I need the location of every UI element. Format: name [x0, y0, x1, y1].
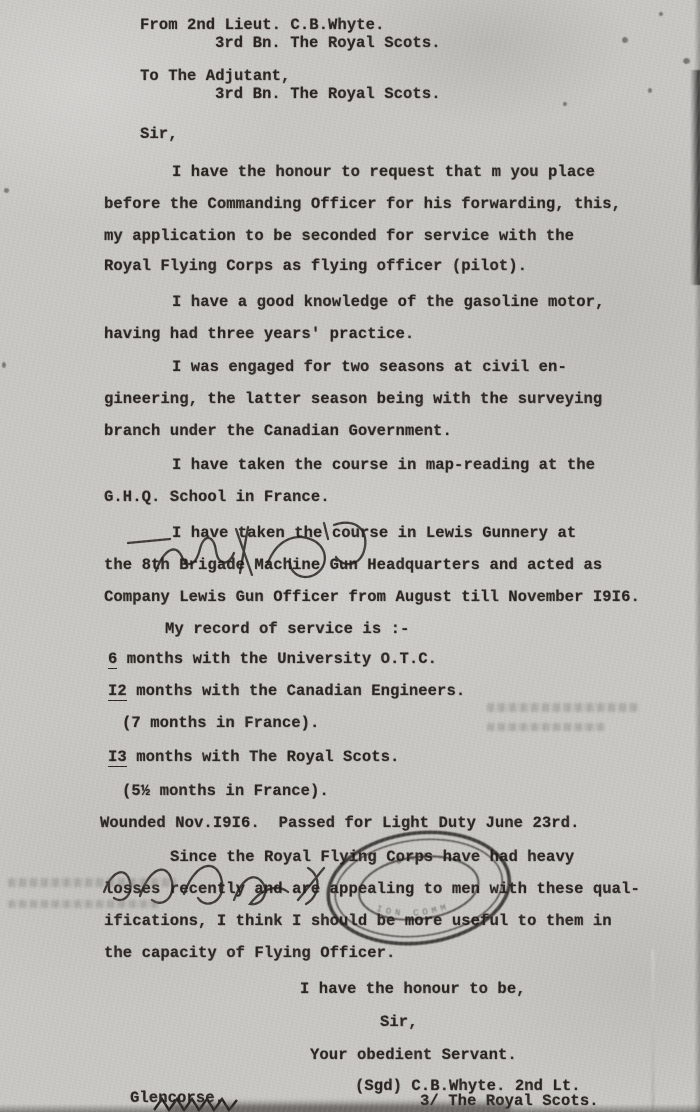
letter-line: I2 months with the Canadian Engineers.: [108, 682, 465, 700]
bleed-through-text-mark: [8, 900, 158, 908]
ink-speck: [683, 58, 690, 64]
letter-line: I3 months with The Royal Scots.: [108, 748, 399, 766]
letter-line: losses recently and are appealing to men…: [104, 880, 640, 898]
ink-speck: [659, 12, 663, 16]
letter-line: Wounded Nov.I9I6. Passed for Light Duty …: [100, 814, 579, 832]
letter-line: branch under the Canadian Government.: [104, 422, 452, 440]
letter-line: the capacity of Flying Officer.: [104, 944, 395, 962]
underlined-number: 6: [108, 650, 117, 669]
ink-speck: [622, 37, 628, 43]
ink-speck: [648, 88, 652, 93]
letter-line: (7 months in France).: [122, 714, 319, 732]
letter-line: G.H.Q. School in France.: [104, 488, 330, 506]
letter-line: my application to be seconded for servic…: [104, 227, 574, 245]
letter-line: I have taken the course in Lewis Gunnery…: [172, 524, 576, 542]
letter-line: I have the honour to request that m you …: [172, 163, 595, 181]
letter-line: Sir,: [140, 125, 178, 143]
letter-line: having had three years' practice.: [104, 325, 414, 343]
bleed-through-text-mark: [8, 878, 176, 887]
letter-page: From 2nd Lieut. C.B.Whyte.3rd Bn. The Ro…: [0, 0, 700, 1112]
letter-line: From 2nd Lieut. C.B.Whyte.: [140, 16, 384, 34]
letter-line: 3rd Bn. The Royal Scots.: [215, 85, 441, 103]
letter-line: (5½ months in France).: [122, 782, 329, 800]
scan-edge-shadow-right-dark: [690, 70, 700, 285]
letter-line: Sir,: [380, 1013, 418, 1031]
letter-line: I have taken the course in map-reading a…: [172, 456, 595, 474]
letter-line: 6 months with the University O.T.C.: [108, 650, 437, 668]
ink-speck: [4, 188, 9, 193]
ink-speck: [563, 102, 567, 106]
scan-edge-smudge-bottom: [170, 1103, 510, 1112]
underlined-number: I2: [108, 682, 127, 701]
letter-line: before the Commanding Officer for his fo…: [104, 195, 621, 213]
letter-line: I have the honour to be,: [300, 980, 526, 998]
bleed-through-text-mark: [487, 703, 639, 712]
handwritten-scrawl-lewis: [118, 505, 388, 590]
letter-line: the 8th Brigade Machine Gun Headquarters…: [104, 556, 602, 574]
letter-line: Since the Royal Flying Corps have had he…: [170, 848, 574, 866]
ink-speck: [2, 362, 6, 368]
letter-line: I have a good knowledge of the gasoline …: [172, 293, 604, 311]
bleed-through-text-mark: [487, 723, 605, 731]
letter-line: My record of service is :-: [165, 620, 409, 638]
letter-line: Your obedient Servant.: [310, 1046, 517, 1064]
letter-line: Company Lewis Gun Officer from August ti…: [104, 588, 640, 606]
letter-line: 3rd Bn. The Royal Scots.: [215, 34, 441, 52]
letter-line: To The Adjutant,: [140, 67, 290, 85]
letter-line: Royal Flying Corps as flying officer (pi…: [104, 257, 527, 275]
letter-line: ifications, I think I should be more use…: [104, 912, 612, 930]
underlined-number: I3: [108, 748, 127, 767]
paper-fold-crease: [652, 950, 654, 1112]
letter-line: gineering, the latter season being with …: [104, 390, 602, 408]
letter-line: I was engaged for two seasons at civil e…: [172, 358, 567, 376]
